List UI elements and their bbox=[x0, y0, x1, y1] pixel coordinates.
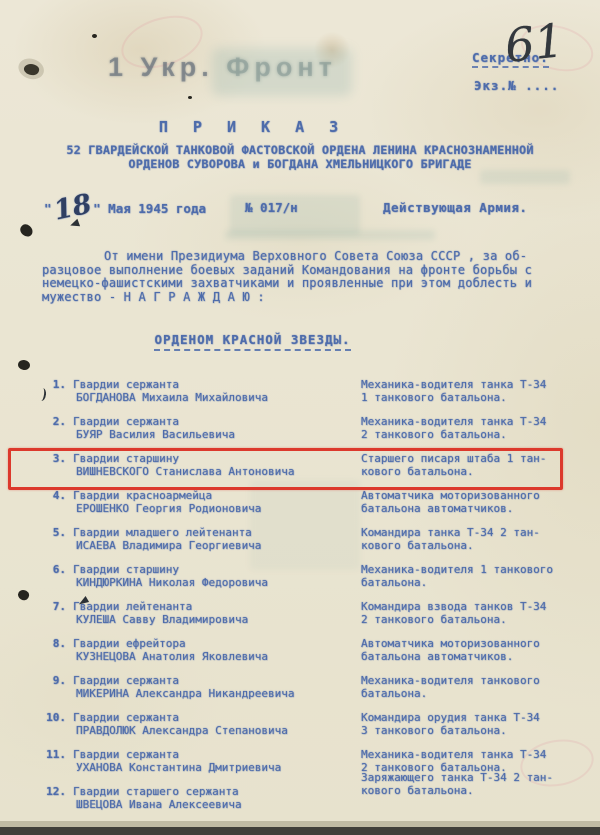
punch-hole bbox=[16, 588, 31, 602]
scanned-order-document: 1 Укр. Фронт Секретно. Экз.№ .... 61 П Р… bbox=[0, 0, 600, 835]
handwritten-day: 18 bbox=[53, 199, 92, 217]
entry-name: КИНДЮРКИНА Николая Федоровича bbox=[73, 577, 361, 590]
entry-duty: Автоматчика моторизованного bbox=[361, 490, 564, 503]
preamble-line: разцовое выполнение боевых заданий Коман… bbox=[42, 264, 564, 278]
entry-rank: Гвардии сержанта bbox=[73, 675, 361, 688]
entry-name: ПРАВДОЛЮК Александра Степановича bbox=[73, 725, 361, 738]
entry-duty: 2 танкового батальона. bbox=[361, 429, 564, 442]
entry-number: 7. bbox=[42, 601, 66, 626]
order-title: П Р И К А З bbox=[0, 118, 505, 136]
award-entry: 4. Гвардии красноармейцаЕРОШЕНКО Георгия… bbox=[42, 490, 564, 515]
punch-hole bbox=[17, 359, 31, 371]
entry-name: МИКЕРИНА Александра Никандреевича bbox=[73, 688, 361, 701]
entry-name: КУЛЕША Савву Владимировича bbox=[73, 614, 361, 627]
award-entries-list: 1. Гвардии сержантаБОГДАНОВА Михаила Мих… bbox=[42, 379, 564, 823]
location-label: Действующая Армия. bbox=[383, 200, 527, 215]
entry-duty: кового батальона. bbox=[361, 785, 564, 798]
entry-duty: Заряжающего танка Т-34 2 тан- bbox=[361, 772, 564, 785]
entry-duty: 2 танкового батальона. bbox=[361, 614, 564, 627]
entry-rank: Гвардии красноармейца bbox=[73, 490, 361, 503]
preamble-line: От имени Президиума Верховного Совета Со… bbox=[42, 250, 564, 264]
award-entry: 6. Гвардии старшинуКИНДЮРКИНА Николая Фе… bbox=[42, 564, 564, 589]
entry-rank: Гвардии сержанта bbox=[73, 749, 361, 762]
front-stamp: 1 Укр. Фронт bbox=[108, 52, 337, 83]
entry-name: УХАНОВА Константина Дмитриевича bbox=[73, 762, 361, 775]
entry-number: 5. bbox=[42, 527, 66, 552]
highlight-box bbox=[8, 448, 563, 490]
award-entry: 7. Гвардии лейтенантаКУЛЕША Савву Владим… bbox=[42, 601, 564, 626]
front-stamp-text: 1 Укр. bbox=[108, 52, 214, 82]
award-entry: 2. Гвардии сержантаБУЯР Василия Васильев… bbox=[42, 416, 564, 441]
entry-name: ЕРОШЕНКО Георгия Родионовича bbox=[73, 503, 361, 516]
entry-rank: Гвардии ефрейтора bbox=[73, 638, 361, 651]
bleedthrough-smudge bbox=[225, 230, 435, 240]
entry-name: КУЗНЕЦОВА Анатолия Яковлевича bbox=[73, 651, 361, 664]
entry-duty: Командира взвода танков Т-34 bbox=[361, 601, 564, 614]
entry-number: 11. bbox=[42, 749, 66, 774]
copy-number-label: Экз.№ .... bbox=[474, 78, 559, 93]
award-entry: 8. Гвардии ефрейтораКУЗНЕЦОВА Анатолия Я… bbox=[42, 638, 564, 663]
award-entry: 1. Гвардии сержантаБОГДАНОВА Михаила Мих… bbox=[42, 379, 564, 404]
punch-hole bbox=[18, 222, 35, 239]
entry-rank: Гвардии старшего сержанта bbox=[73, 786, 361, 799]
award-entry: 12. Гвардии старшего сержантаШВЕЦОВА Ива… bbox=[42, 786, 564, 811]
award-entry: 5. Гвардии младшего лейтенантаИСАЕВА Вла… bbox=[42, 527, 564, 552]
entry-number: 2. bbox=[42, 416, 66, 441]
entry-rank: Гвардии сержанта bbox=[73, 379, 361, 392]
brigade-title: 52 ГВАРДЕЙСКОЙ ТАНКОВОЙ ФАСТОВСКОЙ ОРДЕН… bbox=[20, 143, 580, 171]
entry-duty: 1 танкового батальона. bbox=[361, 392, 564, 405]
award-entry: 9. Гвардии сержантаМИКЕРИНА Александра Н… bbox=[42, 675, 564, 700]
brigade-title-line2: ОРДЕНОВ СУВОРОВА и БОГДАНА ХМЕЛЬНИЦКОГО … bbox=[20, 157, 580, 171]
entry-rank: Гвардии лейтенанта bbox=[73, 601, 361, 614]
entry-duty: 3 танкового батальона. bbox=[361, 725, 564, 738]
preamble: От имени Президиума Верховного Совета Со… bbox=[42, 250, 564, 304]
ink-speck bbox=[92, 34, 97, 38]
scan-edge bbox=[0, 827, 600, 835]
entry-name: БОГДАНОВА Михаила Михайловича bbox=[73, 392, 361, 405]
entry-number: 9. bbox=[42, 675, 66, 700]
order-number: № 017/н bbox=[245, 200, 298, 215]
award-heading: ОРДЕНОМ КРАСНОЙ ЗВЕЗДЫ. bbox=[140, 332, 365, 347]
entry-number: 6. bbox=[42, 564, 66, 589]
entry-number: 10. bbox=[42, 712, 66, 737]
entry-rank: Гвардии старшину bbox=[73, 564, 361, 577]
entry-duty: Механика-водителя танка Т-34 bbox=[361, 379, 564, 392]
entry-rank: Гвардии младшего лейтенанта bbox=[73, 527, 361, 540]
entry-duty: батальона автоматчиков. bbox=[361, 651, 564, 664]
entry-number: 4. bbox=[42, 490, 66, 515]
entry-duty: Механика-водителя танка Т-34 bbox=[361, 749, 564, 762]
bleedthrough-smudge bbox=[480, 170, 570, 184]
entry-duty: Механика-водителя 1 танкового bbox=[361, 564, 564, 577]
entry-duty: Механика-водителя танка Т-34 bbox=[361, 416, 564, 429]
entry-duty: батальона. bbox=[361, 577, 564, 590]
entry-rank: Гвардии сержанта bbox=[73, 712, 361, 725]
entry-number: 8. bbox=[42, 638, 66, 663]
award-entry: 10. Гвардии сержантаПРАВДОЛЮК Александра… bbox=[42, 712, 564, 737]
entry-number: 12. bbox=[42, 786, 66, 811]
entry-duty: батальона. bbox=[361, 688, 564, 701]
entry-duty: Командира танка Т-34 2 тан- bbox=[361, 527, 564, 540]
entry-name: БУЯР Василия Васильевича bbox=[73, 429, 361, 442]
entry-duty: Автоматчика моторизованного bbox=[361, 638, 564, 651]
ink-speck bbox=[188, 96, 192, 99]
preamble-line: мужество - Н А Г Р А Ж Д А Ю : bbox=[42, 291, 564, 305]
preamble-line: немецко-фашистскими захватчиками и прояв… bbox=[42, 277, 564, 291]
entry-rank: Гвардии сержанта bbox=[73, 416, 361, 429]
date-text: Мая 1945 года bbox=[108, 201, 206, 216]
page-number-handwritten: 61 bbox=[502, 13, 566, 73]
entry-duty: кового батальона. bbox=[361, 540, 564, 553]
entry-duty: Командира орудия танка Т-34 bbox=[361, 712, 564, 725]
punch-hole bbox=[23, 62, 41, 77]
brigade-title-line1: 52 ГВАРДЕЙСКОЙ ТАНКОВОЙ ФАСТОВСКОЙ ОРДЕН… bbox=[20, 143, 580, 157]
entry-duty: Механика-водителя танкового bbox=[361, 675, 564, 688]
entry-name: ШВЕЦОВА Ивана Алексеевича bbox=[73, 799, 361, 812]
entry-duty: батальона автоматчиков. bbox=[361, 503, 564, 516]
entry-name: ИСАЕВА Владимира Георгиевича bbox=[73, 540, 361, 553]
